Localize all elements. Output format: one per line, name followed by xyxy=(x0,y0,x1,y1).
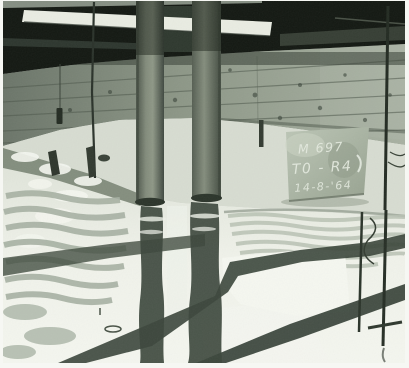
film-grain-overlay xyxy=(3,1,405,363)
construction-site-photo: M 697 T0 - R4 14-8-'64 xyxy=(0,0,409,368)
photo-frame: M 697 T0 - R4 14-8-'64 xyxy=(0,0,409,368)
